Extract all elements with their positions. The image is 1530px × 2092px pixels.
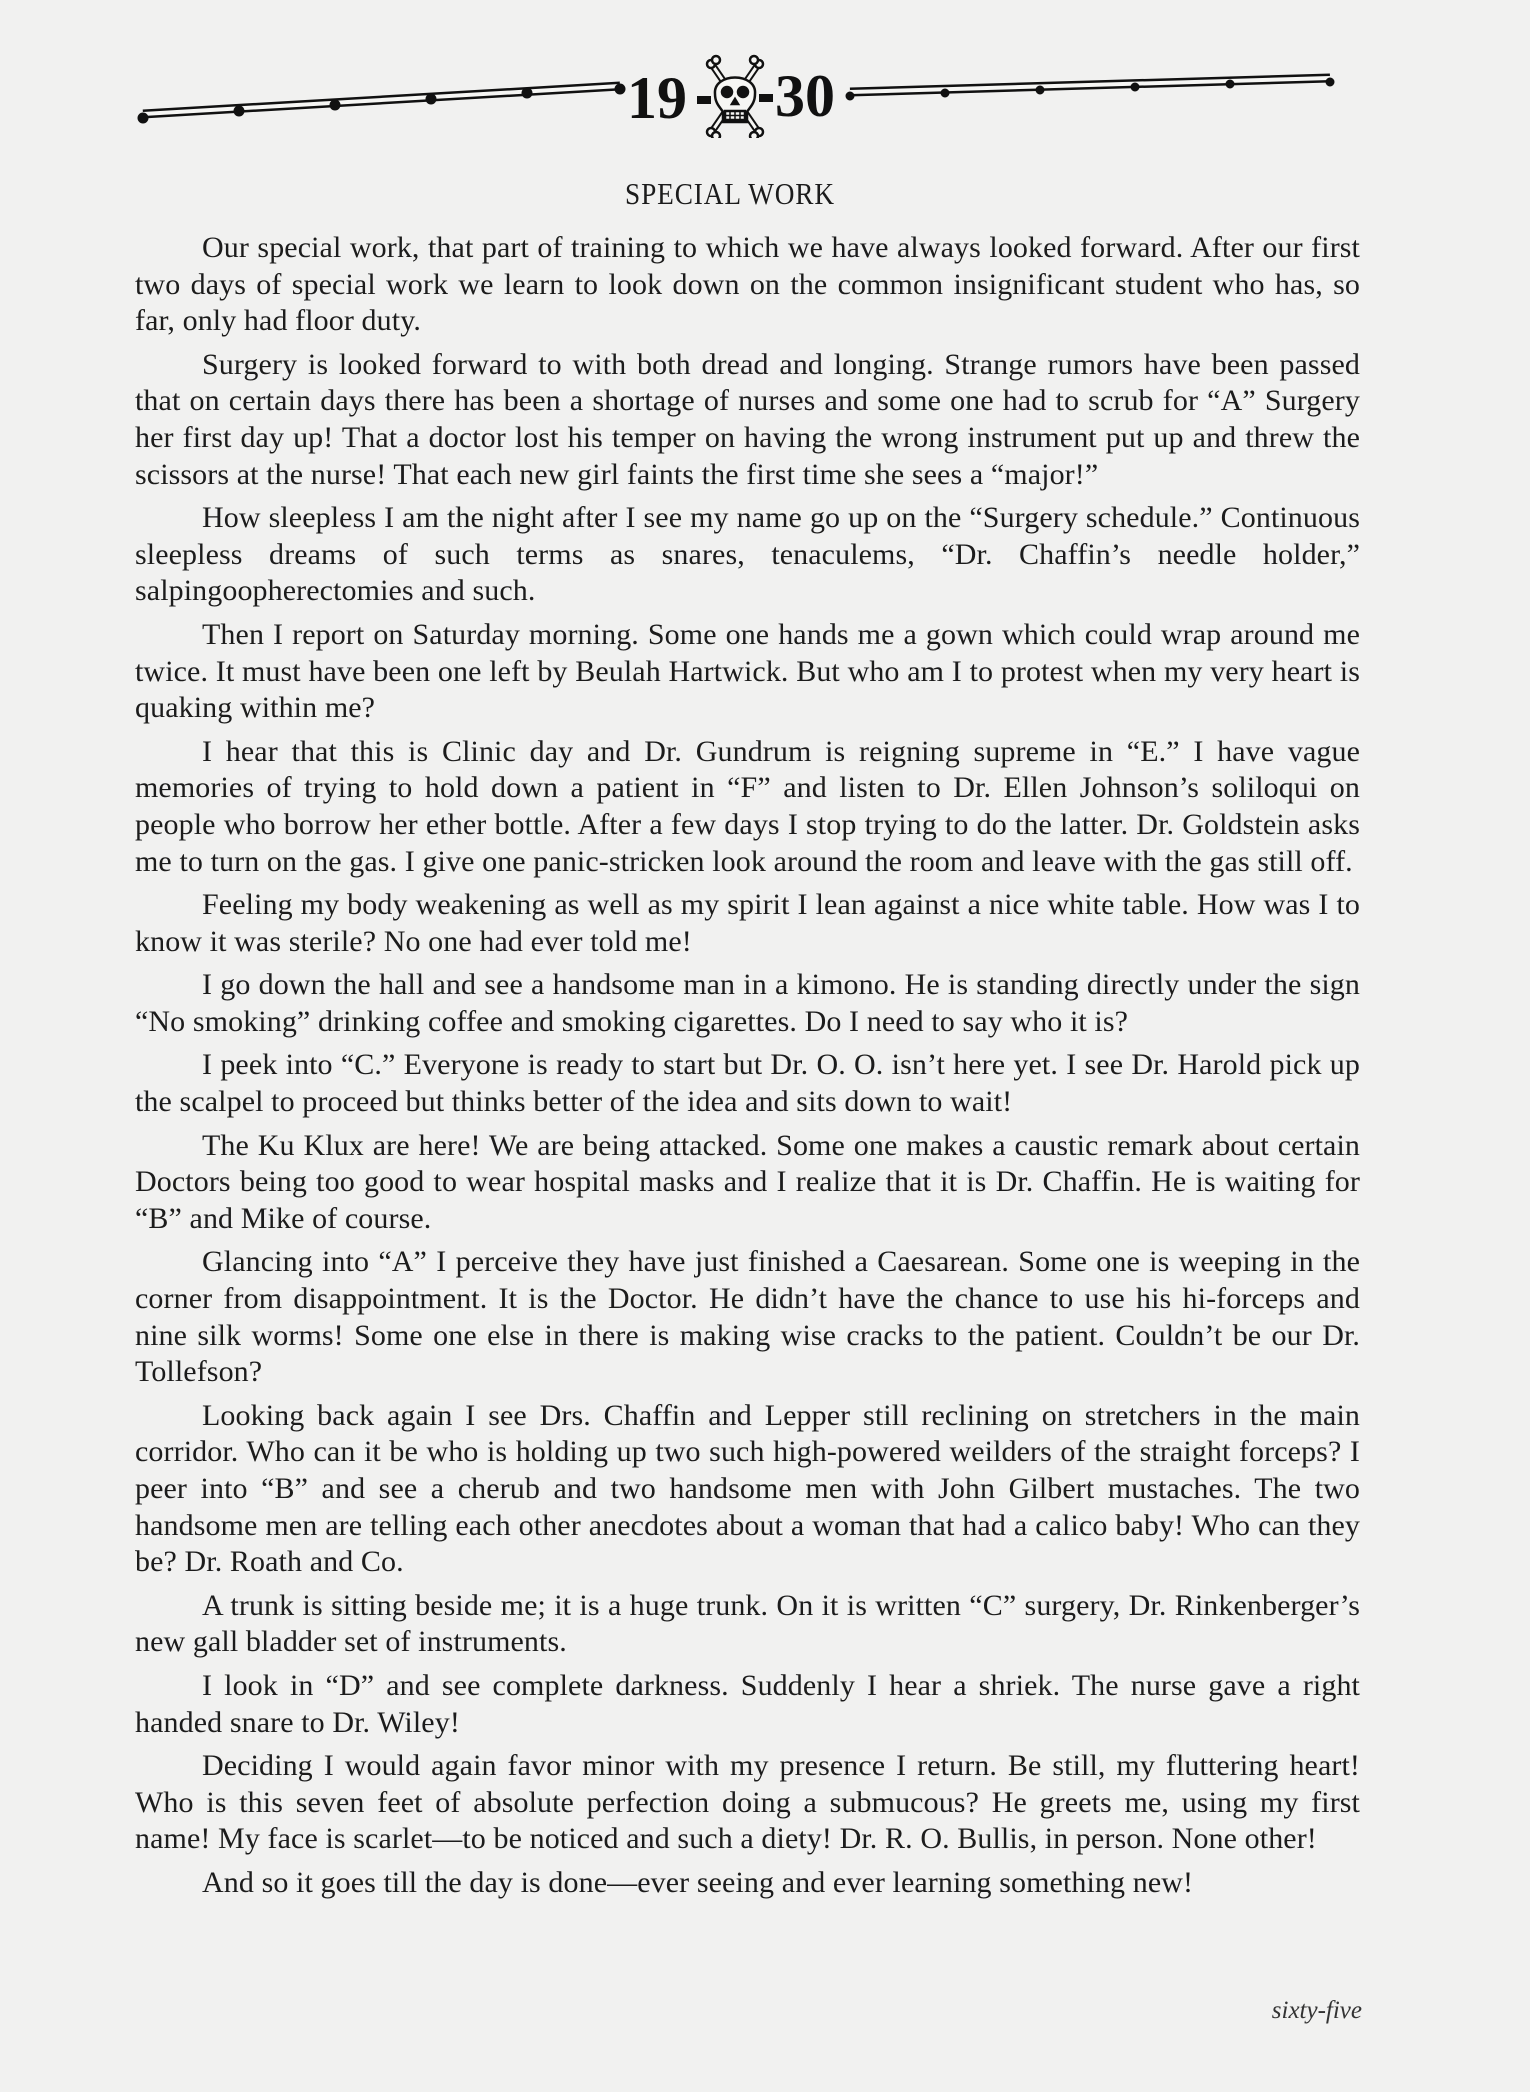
paragraph: Our special work, that part of training … bbox=[135, 230, 1360, 340]
paragraph: I go down the hall and see a handsome ma… bbox=[135, 967, 1360, 1040]
skull-and-crossbones-icon bbox=[707, 56, 763, 138]
year-left: 19 bbox=[627, 65, 687, 131]
paragraph: I peek into “C.” Everyone is ready to st… bbox=[135, 1047, 1360, 1120]
paragraph: I look in “D” and see complete darkness.… bbox=[135, 1668, 1360, 1741]
paragraph: The Ku Klux are here! We are being attac… bbox=[135, 1128, 1360, 1238]
right-bone-rail-icon bbox=[846, 78, 1334, 100]
page-header-ornament: 19 30 bbox=[135, 48, 1335, 138]
paragraph: Feeling my body weakening as well as my … bbox=[135, 887, 1360, 960]
paragraph: Deciding I would again favor minor with … bbox=[135, 1748, 1360, 1858]
paragraph: I hear that this is Clinic day and Dr. G… bbox=[135, 734, 1360, 880]
paragraph: And so it goes till the day is done—ever… bbox=[135, 1865, 1360, 1902]
page-title: SPECIAL WORK bbox=[88, 176, 1373, 212]
paragraph: Surgery is looked forward to with both d… bbox=[135, 347, 1360, 493]
article-body: Our special work, that part of training … bbox=[135, 230, 1360, 1909]
paragraph: How sleepless I am the night after I see… bbox=[135, 500, 1360, 610]
bone-rail-ornament: 19 30 bbox=[135, 48, 1335, 138]
year-right: 30 bbox=[775, 63, 835, 129]
paragraph: Looking back again I see Drs. Chaffin an… bbox=[135, 1398, 1360, 1581]
paragraph: A trunk is sitting beside me; it is a hu… bbox=[135, 1588, 1360, 1661]
paragraph: Then I report on Saturday morning. Some … bbox=[135, 617, 1360, 727]
paragraph: Glancing into “A” I perceive they have j… bbox=[135, 1244, 1360, 1390]
left-bone-rail-icon bbox=[139, 85, 624, 122]
page-number: sixty-five bbox=[1272, 1997, 1362, 2025]
